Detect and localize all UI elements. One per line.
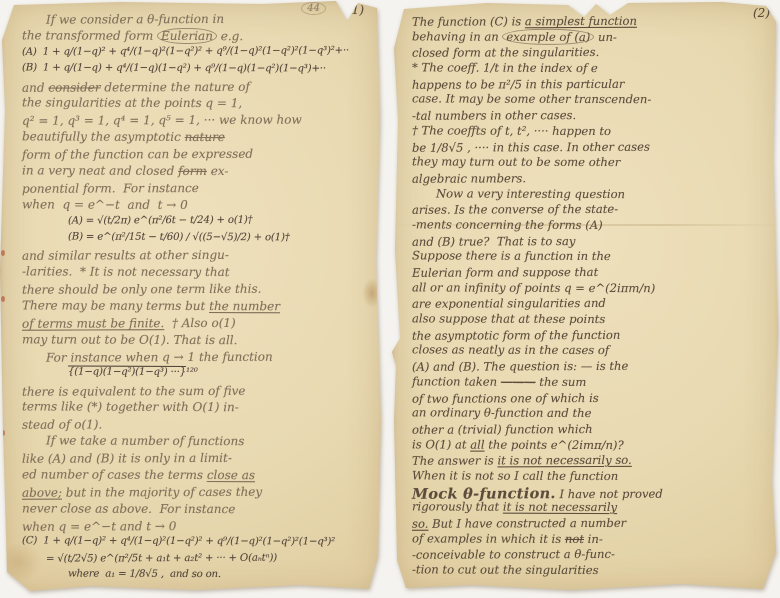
line-text: there is equivalent to the sum of five (22, 383, 246, 398)
manuscript-line: algebraic numbers. (412, 170, 774, 187)
line-text: in- (584, 532, 603, 546)
line-text: terms like (*) together with O(1) in- (22, 400, 239, 415)
emphasized-text: above; (22, 486, 62, 500)
manuscript-line: The function (C) is a simplest function (412, 13, 774, 30)
line-text: arises. Is the converse of the state- (412, 202, 618, 217)
line-text: the transformed form (22, 28, 157, 42)
line-text: (C) 1 + q/(1−q)² + q⁴/(1−q)²(1−q²)² + q⁹… (22, 535, 335, 547)
line-text: and (B) true? That is to say (412, 234, 575, 249)
manuscript-line: and (B) true? That is to say (412, 233, 774, 250)
manuscript-line: form of the function can be expressed (22, 146, 378, 164)
manuscript-page-1: 44 (1) If we consider a θ-function inthe… (0, 0, 384, 596)
emphasized-text: the number (209, 299, 280, 313)
manuscript-line: ed number of cases the terms close as (22, 467, 378, 485)
line-text: If we take a number of functions (46, 434, 244, 449)
line-text: they may turn out to be some other (412, 155, 620, 170)
line-text: other a (trivial) function which (412, 422, 593, 437)
line-text: rigorously that (412, 500, 503, 514)
manuscript-line: the transformed form Eulerian e.g. (22, 28, 378, 46)
line-text: (A) = √(t/2π) e^(π²/6t − t/24) + o(1)† (68, 214, 253, 226)
emphasized-text: nature (185, 130, 225, 144)
line-text: -tion to cut out the singularities (412, 562, 599, 577)
line-text: q² = 1, q³ = 1, q⁴ = 1, q⁵ = 1, ··· we k… (22, 113, 302, 128)
line-text: of examples in which it is (412, 531, 565, 546)
manuscript-line: so. But I have constructed a number (412, 515, 774, 532)
manuscript-line: -tion to cut out the singularities (412, 562, 774, 579)
manuscript-line: closed form at the singularities. (412, 45, 774, 62)
line-text: the points e^(2imπ/n)? (485, 437, 624, 451)
manuscript-line: = √(t/2√5) e^(π²/5t + a₁t + a₂t² + ··· +… (22, 552, 378, 570)
line-text: (A) 1 + q/(1−q)² + q⁴/(1−q)²(1−q²)² + q⁹… (22, 45, 349, 57)
line-text: closed form at the singularities. (412, 45, 599, 60)
manuscript-line: when q = e^−t and t → 0 (22, 518, 378, 536)
manuscript-line: like (A) and (B) it is only in a limit- (22, 450, 378, 468)
line-text: all or an infinity of points q = e^(2iπm… (412, 280, 655, 295)
line-text: also suppose that at these points (412, 311, 605, 326)
line-text: be 1/8√5 , ···· in this case. In other c… (412, 139, 650, 154)
line-text: where a₁ = 1/8√5 , and so on. (68, 569, 221, 581)
line-text: there should be only one term like this. (22, 282, 261, 297)
page-text: The function (C) is a simplest functionb… (392, 0, 780, 579)
manuscript-line: If we take a number of functions (22, 434, 378, 452)
manuscript-line: and similar results at other singu- (22, 248, 378, 266)
line-text: like (A) and (B) it is only in a limit- (22, 451, 232, 466)
line-text: in a very neat and closed (22, 163, 178, 178)
line-text: -conceivable to construct a θ-func- (412, 547, 615, 562)
line-text: -larities. * It is not necessary that (22, 265, 230, 280)
emphasized-text: consider (48, 80, 100, 94)
line-text: e.g. (217, 29, 243, 43)
manuscript-line: When it is not so I call the function (412, 468, 774, 485)
manuscript-line: above; but in the majority of cases they (22, 484, 378, 502)
line-text: behaving in an (412, 29, 502, 43)
line-text: closes as neatly as in the cases of (412, 343, 609, 358)
line-text: the singularities at the points q = 1, (22, 96, 242, 111)
line-text: Now a very interesting question (436, 186, 625, 201)
line-text: the sum (536, 375, 587, 389)
stain (1, 296, 5, 302)
manuscript-line: (A) = √(t/2π) e^(π²/6t − t/24) + o(1)† (22, 214, 378, 232)
manuscript-line: are exponential singularities and (412, 296, 774, 313)
line-text: but in the majority of cases they (62, 485, 262, 500)
line-text: The function (C) is (412, 14, 525, 28)
line-text: Eulerian form and suppose that (412, 265, 598, 280)
line-text: and similar results at other singu- (22, 248, 229, 263)
manuscript-line: If we consider a θ-function in (22, 11, 378, 29)
manuscript-line: (B) = e^(π²/15t − t/60) / √((5−√5)/2) + … (22, 231, 378, 249)
line-text: the asymptotic form of the function (412, 328, 620, 343)
manuscript-line: q² = 1, q³ = 1, q⁴ = 1, q⁵ = 1, ··· we k… (22, 113, 378, 131)
manuscript-line: rigorously that it is not necessarily (412, 500, 774, 517)
line-text: ed number of cases the terms (22, 467, 207, 482)
manuscript-line: may turn out to be O(1). That is all. (22, 332, 378, 350)
line-text: But I have constructed a number (428, 516, 626, 531)
line-text: There may be many terms but (22, 299, 209, 314)
line-text: of two functions one of which is (412, 390, 599, 405)
line-text: is O(1) at (412, 437, 470, 451)
manuscript-line: terms like (*) together with O(1) in- (22, 400, 378, 418)
manuscript-line: in a very neat and closed form ex- (22, 163, 378, 181)
manuscript-line: (B) 1 + q/(1−q) + q⁴/(1−q)(1−q²) + q⁹/(1… (22, 62, 378, 80)
manuscript-line: of terms must be finite. † Also o(1) (22, 315, 378, 333)
line-text: un- (594, 30, 617, 44)
manuscript-line: Mock θ-function. I have not proved (412, 484, 774, 501)
manuscript-line: also suppose that at these points (412, 311, 774, 328)
emphasized-text: of terms must be finite. (22, 316, 164, 331)
manuscript-line: of two functions one of which is (412, 390, 774, 407)
line-text: an ordinary θ-function and the (412, 406, 592, 421)
manuscript-line: there is equivalent to the sum of five (22, 383, 378, 401)
line-text: (B) 1 + q/(1−q) + q⁴/(1−q)(1−q²) + q⁹/(1… (22, 62, 326, 74)
line-text: I have not proved (556, 486, 663, 500)
manuscript-line: stead of o(1). (22, 417, 378, 435)
manuscript-line: they may turn out to be some other (412, 155, 774, 172)
manuscript-line: Eulerian form and suppose that (412, 264, 774, 281)
manuscript-line: other a (trivial) function which (412, 421, 774, 438)
line-text: happens to be π²/5 in this particular (412, 77, 624, 92)
emphasized-text: it is not necessarily (503, 500, 617, 514)
line-text: -ments concerning the forms (A) (412, 217, 603, 232)
line-text: If we consider a θ-function in (46, 12, 224, 27)
line-text: algebraic numbers. (412, 171, 526, 185)
line-text: The answer is (412, 454, 497, 468)
manuscript-line: -larities. * It is not necessary that (22, 265, 378, 283)
line-text: = √(t/2√5) e^(π²/5t + a₁t + a₂t² + ··· +… (46, 552, 277, 564)
line-text: are exponential singularities and (412, 296, 606, 311)
manuscript-line: be 1/8√5 , ···· in this case. In other c… (412, 139, 774, 156)
line-text: function taken (412, 374, 501, 388)
manuscript-line: There may be many terms but the number (22, 299, 378, 317)
manuscript-line: (A) 1 + q/(1−q)² + q⁴/(1−q)²(1−q²)² + q⁹… (22, 45, 378, 63)
manuscript-line: {(1−q)(1−q²)(1−q³) ···}¹²⁰ (22, 366, 378, 384)
line-text: beautifully the asymptotic (22, 130, 185, 145)
line-text: * The coeff. 1/t in the index of e (412, 60, 598, 75)
line-text: may turn out to be O(1). That is all. (22, 332, 238, 347)
line-text: (B) = e^(π²/15t − t/60) / √((5−√5)/2) + … (68, 231, 290, 243)
manuscript-page-2: (2) The function (C) is a simplest funct… (392, 0, 780, 594)
line-text: † Also o(1) (164, 316, 235, 330)
emphasized-text: so. (412, 517, 428, 531)
emphasized-text: a simplest function (525, 14, 637, 28)
manuscript-line: and consider determine the nature of (22, 79, 378, 97)
stain (362, 278, 382, 308)
page-text: If we consider a θ-function inthe transf… (0, 0, 384, 586)
line-text: determine the nature of (101, 79, 250, 94)
line-text: ponential form. For instance (22, 181, 199, 196)
manuscript-line: an ordinary θ-function and the (412, 406, 774, 423)
manuscript-line: function taken ——— the sum (412, 374, 774, 391)
manuscript-line: there should be only one term like this. (22, 281, 378, 299)
manuscript-line: For instance when q → 1 the function (22, 349, 378, 367)
manuscript-line: Now a very interesting question (412, 186, 774, 203)
line-text: ex- (207, 164, 229, 178)
stain (1, 250, 5, 256)
line-text: † The coeffts of t, t², ···· happen to (412, 123, 611, 138)
manuscript-line: The answer is it is not necessarily so. (412, 452, 774, 469)
manuscript-line: -tal numbers in other cases. (412, 107, 774, 124)
line-text: stead of o(1). (22, 418, 102, 432)
line-text: case. It may be some other transcenden- (412, 92, 651, 107)
line-text: Suppose there is a function in the (412, 249, 611, 264)
manuscript-line: -ments concerning the forms (A) (412, 217, 774, 234)
line-text: (A) and (B). The question is: — is the (412, 359, 628, 374)
line-text: when q = e^−t and t → 0 (22, 197, 188, 212)
emphasized-text: example of (a) (502, 28, 594, 44)
emphasized-text: form (178, 164, 207, 178)
manuscript-line: (A) and (B). The question is: — is the (412, 358, 774, 375)
line-text: when q = e^−t and t → 0 (22, 519, 176, 534)
emphasized-text: ——— (501, 374, 536, 388)
manuscript-line: is O(1) at all the points e^(2imπ/n)? (412, 437, 774, 454)
manuscript-photo: { "photo": { "background_color": "#f5f3e… (0, 0, 780, 598)
manuscript-line: the singularities at the points q = 1, (22, 96, 378, 114)
line-text: For instance when q → 1 the function (46, 349, 273, 364)
manuscript-line: where a₁ = 1/8√5 , and so on. (22, 569, 378, 587)
line-text: never close as above. For instance (22, 501, 235, 516)
emphasized-text: {(1−q)(1−q²)(1−q³) ···} (68, 366, 186, 377)
manuscript-line: Suppose there is a function in the (412, 249, 774, 266)
line-text: -tal numbers in other cases. (412, 108, 576, 123)
line-text: When it is not so I call the function (412, 468, 618, 483)
line-text: and (22, 80, 48, 94)
line-text: form of the function can be expressed (22, 147, 253, 162)
manuscript-line: closes as neatly as in the cases of (412, 343, 774, 360)
manuscript-line: (C) 1 + q/(1−q)² + q⁴/(1−q)²(1−q²)² + q⁹… (22, 535, 378, 553)
manuscript-line: ponential form. For instance (22, 180, 378, 198)
manuscript-line: never close as above. For instance (22, 501, 378, 519)
manuscript-line: arises. Is the converse of the state- (412, 201, 774, 218)
manuscript-line: beautifully the asymptotic nature (22, 130, 378, 148)
emphasized-text: not (565, 532, 584, 546)
manuscript-line: * The coeff. 1/t in the index of e (412, 60, 774, 77)
manuscript-line: when q = e^−t and t → 0 (22, 197, 378, 215)
emphasized-text: all (470, 437, 484, 451)
emphasized-text: it is not necessarily so. (497, 453, 631, 468)
manuscript-line: † The coeffts of t, t², ···· happen to (412, 123, 774, 140)
emphasized-text: Eulerian (157, 28, 217, 44)
manuscript-line: -conceivable to construct a θ-func- (412, 547, 774, 564)
line-text: ¹²⁰ (186, 367, 198, 378)
stain (1, 430, 5, 436)
emphasized-text: close as (207, 468, 255, 482)
manuscript-line: case. It may be some other transcenden- (412, 92, 774, 109)
